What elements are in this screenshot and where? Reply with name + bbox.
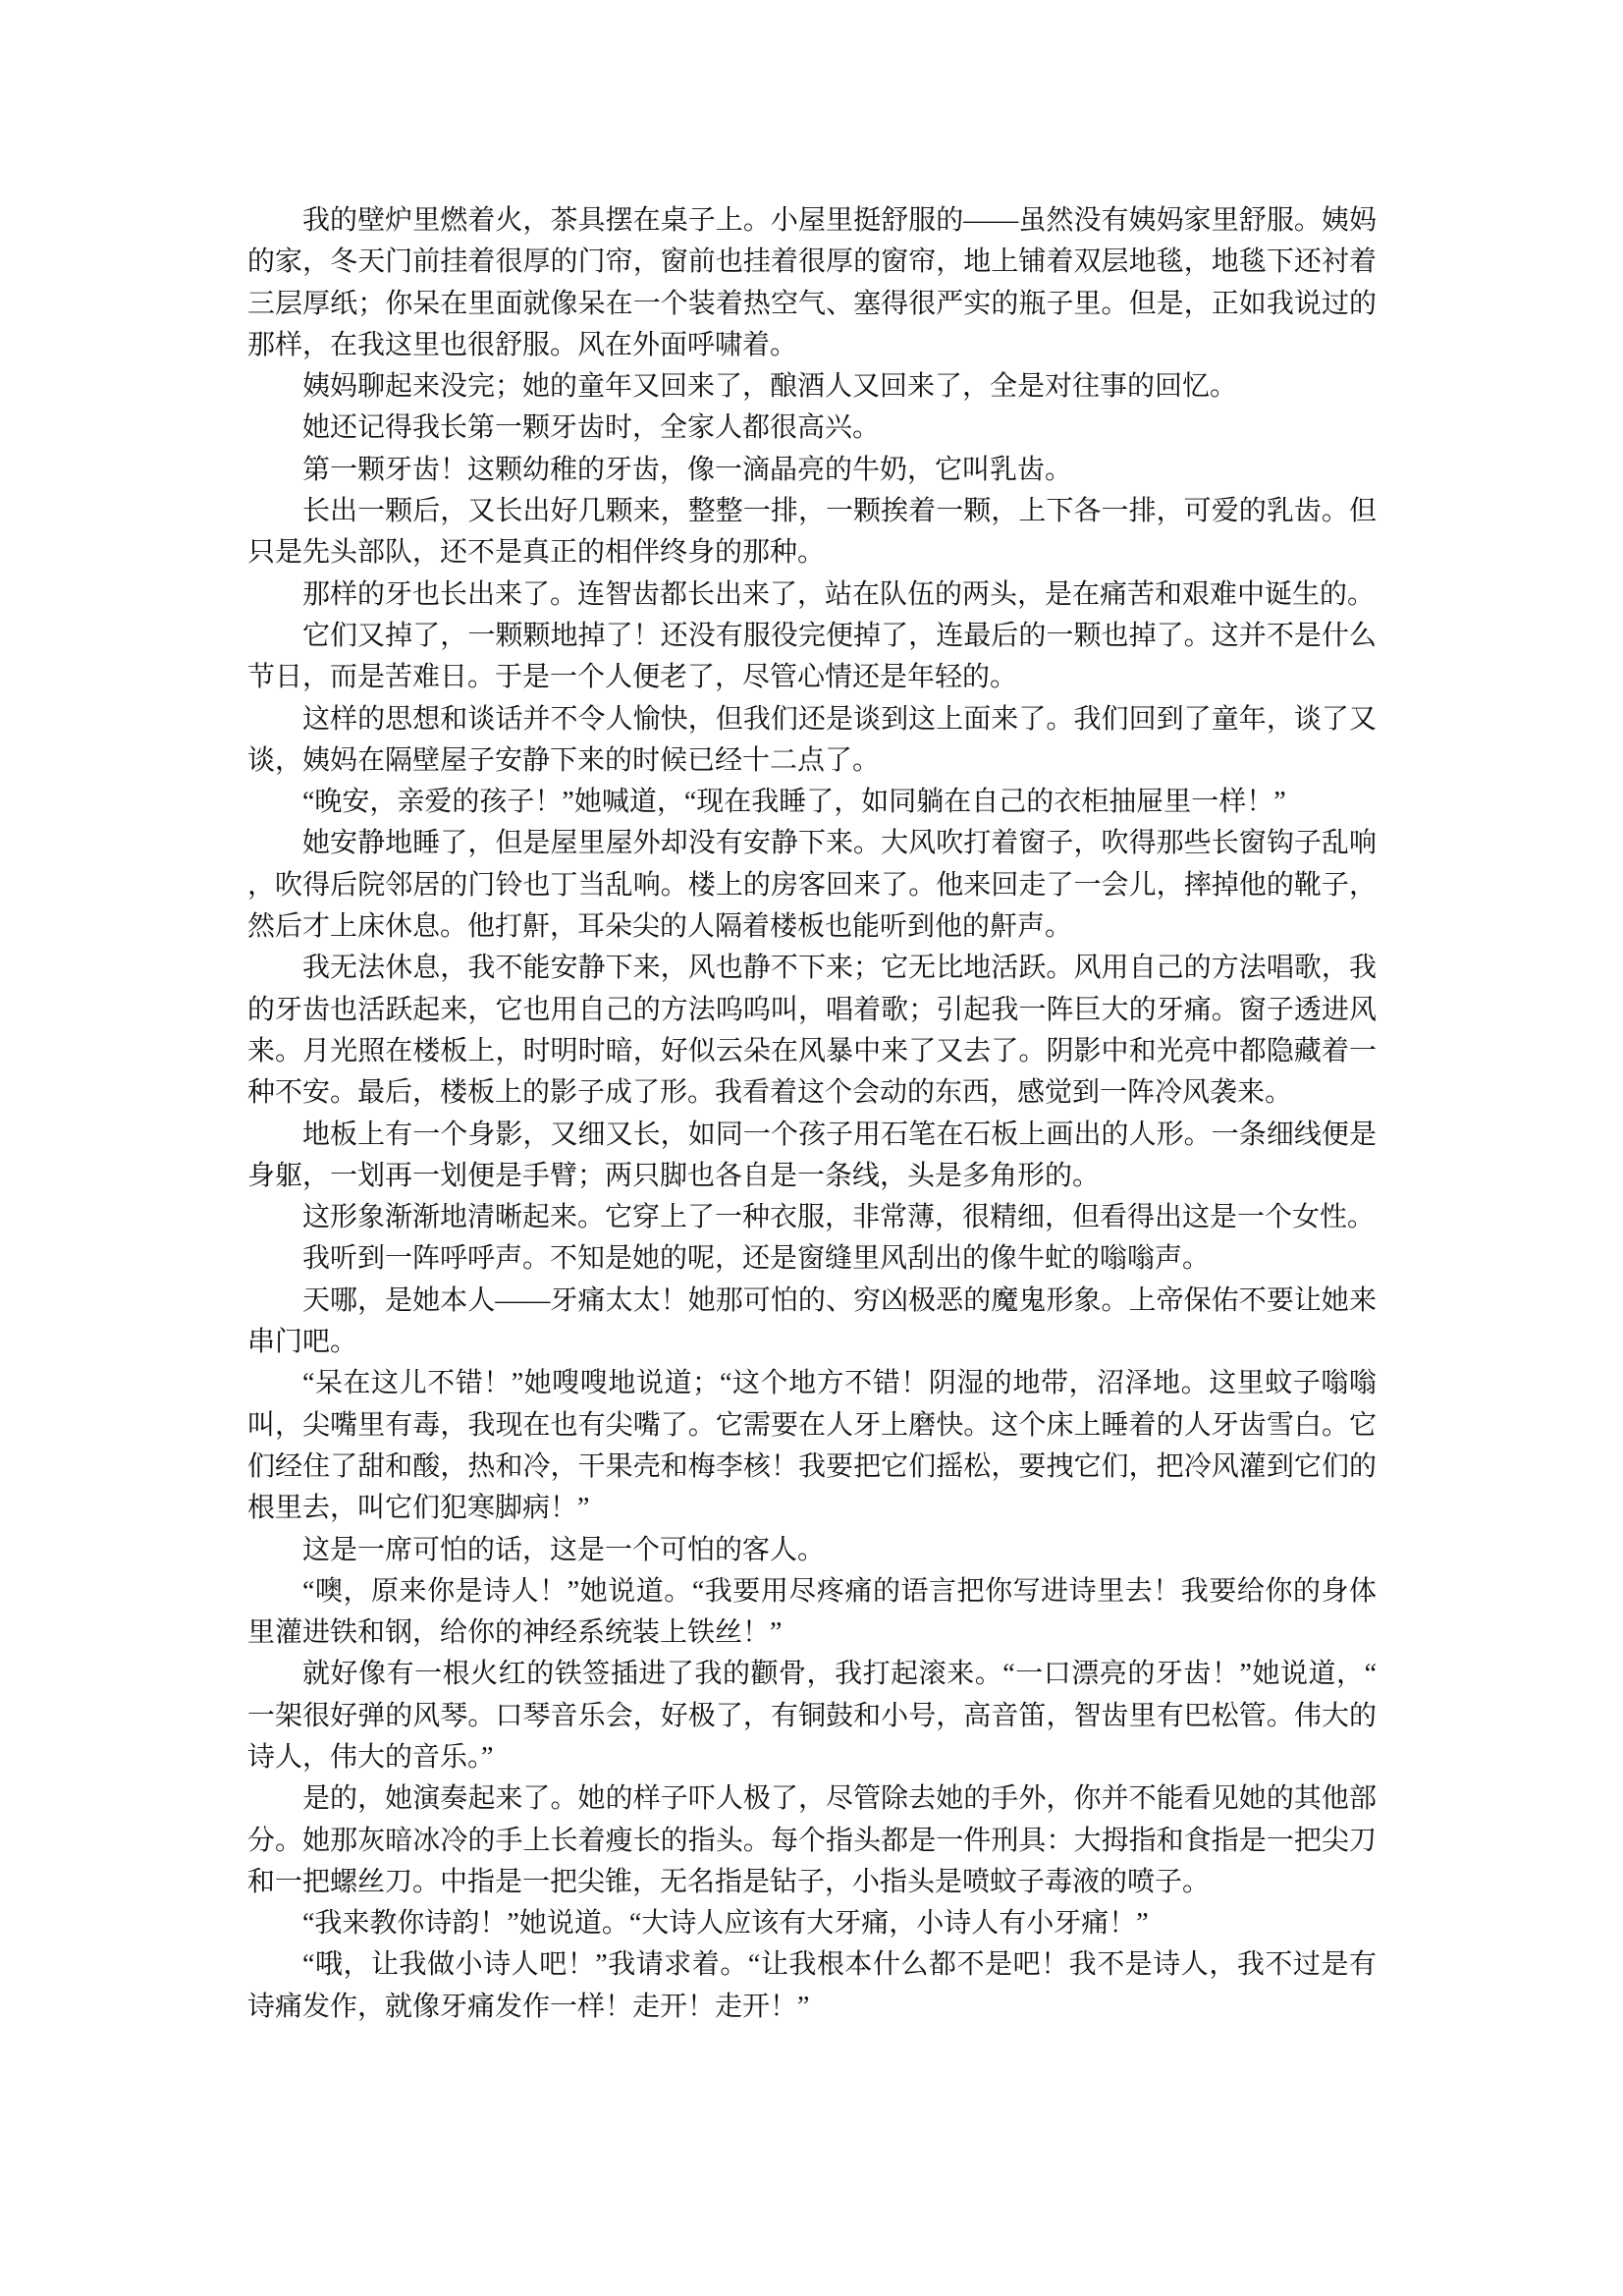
paragraph: “哦，让我做小诗人吧！”我请求着。“让我根本什么都不是吧！我不是诗人，我不过是有… (247, 1944, 1377, 2028)
paragraph: “我来教你诗韵！”她说道。“大诗人应该有大牙痛，小诗人有小牙痛！” (247, 1903, 1377, 1944)
paragraph: “呆在这儿不错！”她嗖嗖地说道；“这个地方不错！阴湿的地带，沼泽地。这里蚊子嗡嗡… (247, 1363, 1377, 1529)
paragraph: 姨妈聊起来没完；她的童年又回来了，酿酒人又回来了，全是对往事的回忆。 (247, 366, 1377, 408)
paragraph: 我无法休息，我不能安静下来，风也静不下来；它无比地活跃。风用自己的方法唱歌，我的… (247, 948, 1377, 1114)
paragraph: “晚安，亲爱的孩子！”她喊道，“现在我睡了，如同躺在自己的衣柜抽屉里一样！” (247, 782, 1377, 823)
paragraph: 她还记得我长第一颗牙齿时，全家人都很高兴。 (247, 408, 1377, 449)
paragraph: 它们又掉了，一颗颗地掉了！还没有服役完便掉了，连最后的一颗也掉了。这并不是什么节… (247, 616, 1377, 699)
paragraph: “噢，原来你是诗人！”她说道。“我要用尽疼痛的语言把你写进诗里去！我要给你的身体… (247, 1571, 1377, 1655)
paragraph: 地板上有一个身影，又细又长，如同一个孩子用石笔在石板上画出的人形。一条细线便是身… (247, 1115, 1377, 1198)
document-page: 我的壁炉里燃着火，茶具摆在桌子上。小屋里挺舒服的——虽然没有姨妈家里舒服。姨妈的… (247, 200, 1377, 2028)
paragraph: 这形象渐渐地清晰起来。它穿上了一种衣服，非常薄，很精细，但看得出这是一个女性。 (247, 1197, 1377, 1238)
paragraph: 第一颗牙齿！这颗幼稚的牙齿，像一滴晶亮的牛奶，它叫乳齿。 (247, 450, 1377, 491)
paragraph: 她安静地睡了，但是屋里屋外却没有安静下来。大风吹打着窗子，吹得那些长窗钩子乱响，… (247, 823, 1377, 948)
paragraph: 我听到一阵呼呼声。不知是她的呢，还是窗缝里风刮出的像牛虻的嗡嗡声。 (247, 1238, 1377, 1280)
paragraph: 是的，她演奏起来了。她的样子吓人极了，尽管除去她的手外，你并不能看见她的其他部分… (247, 1778, 1377, 1903)
paragraph: 这样的思想和谈话并不令人愉快，但我们还是谈到这上面来了。我们回到了童年，谈了又谈… (247, 699, 1377, 783)
paragraph: 那样的牙也长出来了。连智齿都长出来了，站在队伍的两头，是在痛苦和艰难中诞生的。 (247, 574, 1377, 616)
paragraph: 我的壁炉里燃着火，茶具摆在桌子上。小屋里挺舒服的——虽然没有姨妈家里舒服。姨妈的… (247, 200, 1377, 366)
paragraph: 天哪，是她本人——牙痛太太！她那可怕的、穷凶极恶的魔鬼形象。上帝保佑不要让她来串… (247, 1281, 1377, 1364)
paragraph: 就好像有一根火红的铁签插进了我的颧骨，我打起滚来。“一口漂亮的牙齿！”她说道，“… (247, 1654, 1377, 1778)
paragraph: 这是一席可怕的话，这是一个可怕的客人。 (247, 1530, 1377, 1571)
paragraph: 长出一颗后，又长出好几颗来，整整一排，一颗挨着一颗，上下各一排，可爱的乳齿。但只… (247, 491, 1377, 574)
